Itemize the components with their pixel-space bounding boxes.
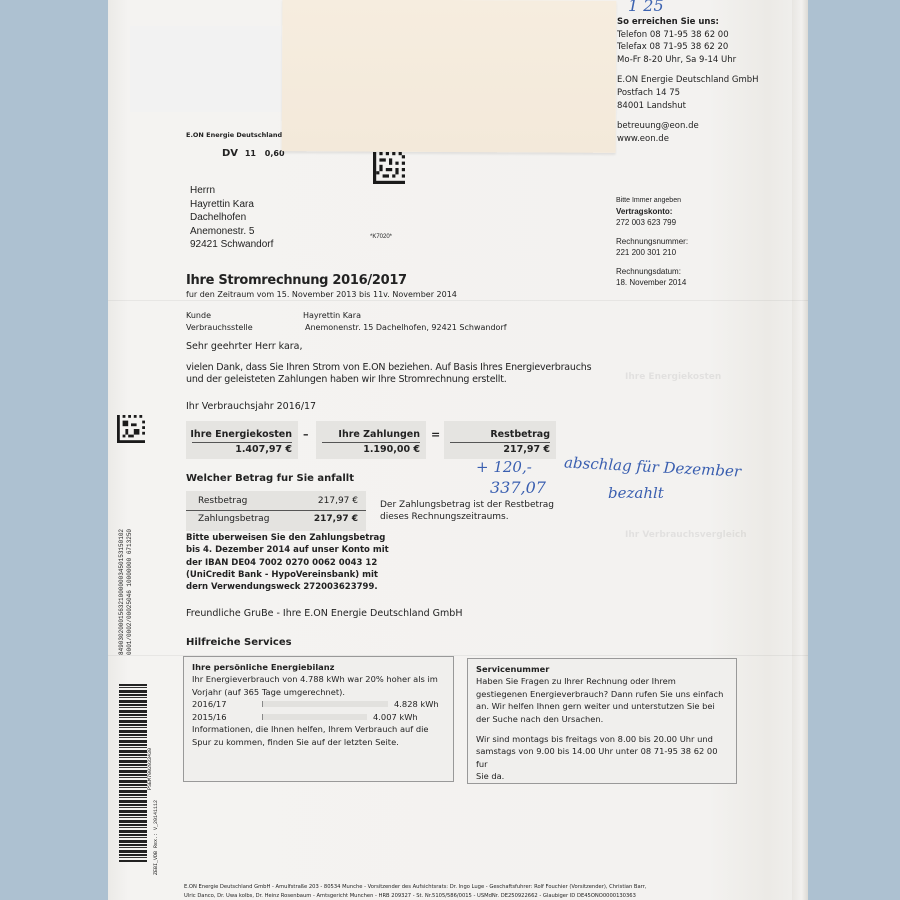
consumption-year: 2016/17 bbox=[192, 698, 226, 710]
rest-label: Restbetrag bbox=[198, 496, 247, 506]
transfer-line: (UniCredit Bank - HypoVereinsbank) mit bbox=[186, 569, 389, 581]
transfer-line: bis 4. Dezember 2014 auf unser Konto mit bbox=[186, 544, 389, 556]
service-text: der Suche nach den Ursachen. bbox=[476, 713, 728, 725]
minus-sign: – bbox=[303, 428, 309, 441]
energy-balance-text: Vorjahr (auf 365 Tage umgerechnet). bbox=[192, 686, 445, 698]
balance-box: Restbetrag 217,97 € bbox=[444, 421, 556, 459]
customer-label: Kunde bbox=[186, 311, 211, 320]
handwritten-plus: + 120,- bbox=[476, 458, 532, 476]
consumption-value: 4.007 kWh bbox=[373, 711, 418, 723]
services-heading: Hilfreiche Services bbox=[186, 637, 292, 648]
form-id: ZEBI_VDB Rex.: V_20141112 bbox=[153, 800, 159, 875]
bleed-through-text: Ihre Energiekosten bbox=[625, 372, 721, 382]
consumption-row: 2015/16 4.007 kWh bbox=[192, 711, 445, 724]
barcode-text: PSEM7002933430 bbox=[147, 748, 153, 790]
payments-box: Ihre Zahlungen 1.190,00 € bbox=[316, 421, 426, 459]
consumption-year-heading: Ihr Verbrauchsjahr 2016/17 bbox=[186, 401, 316, 412]
service-number-title: Servicenummer bbox=[476, 663, 728, 675]
energy-costs-label: Ihre Energiekosten bbox=[190, 429, 292, 440]
bleed-through-text: Ihr Verbrauchsvergleich bbox=[625, 530, 747, 540]
pay-label: Zahlungsbetrag bbox=[198, 514, 269, 524]
balance-label: Restbetrag bbox=[490, 429, 550, 440]
transfer-line: dern Verwendungsweck 272003623799. bbox=[186, 581, 389, 593]
fold-line bbox=[108, 300, 808, 301]
transfer-line: der IBAN DE04 7002 0270 0062 0043 12 bbox=[186, 557, 389, 569]
contact-email[interactable]: betreuung@eon.de bbox=[617, 120, 759, 133]
energy-costs-box: Ihre Energiekosten 1.407,97 € bbox=[186, 421, 298, 459]
bill-title: Ihre Stromrechnung 2016/2017 bbox=[186, 273, 407, 288]
legal-footer: E.ON Energie Deutschland GmbH - Amulfstr… bbox=[184, 883, 784, 900]
contact-postbox: Postfach 14 75 bbox=[617, 87, 759, 100]
energy-costs-value: 1.407,97 € bbox=[235, 444, 292, 455]
payment-note-line: Der Zahlungsbetrag ist der Restbetrag bbox=[380, 499, 554, 511]
pay-value: 217,97 € bbox=[314, 514, 358, 524]
contact-hours: Mo-Fr 8-20 Uhr, Sa 9-14 Uhr bbox=[617, 54, 759, 67]
service-text: samstags von 9.00 bis 14.00 Uhr unter 08… bbox=[476, 745, 728, 770]
contact-heading: So erreichen Sie uns: bbox=[617, 16, 759, 29]
consumption-year: 2015/16 bbox=[192, 711, 226, 723]
invoice-date-label: Rechnungsdatum: bbox=[616, 266, 688, 277]
recipient-street: Anemonestr. 5 bbox=[190, 225, 273, 239]
sender-line: E.ON Energie Deutschland G bbox=[186, 131, 290, 139]
recipient-address: Herrn Hayrettin Kara Dachelhofen Anemone… bbox=[190, 184, 273, 252]
transfer-instructions: Bitte uberweisen Sie den Zahlungsbetrag … bbox=[186, 532, 389, 593]
postage-num: 11 bbox=[245, 149, 256, 158]
footer-line: E.ON Energie Deutschland GmbH - Amulfstr… bbox=[184, 883, 784, 892]
payment-note: Der Zahlungsbetrag ist der Restbetrag di… bbox=[380, 499, 554, 523]
intro-line: und der geleisteten Zahlungen haben wir … bbox=[186, 374, 606, 386]
contact-fax: Telefax 08 71-95 38 62 20 bbox=[617, 41, 759, 54]
invoice-label: Rechnungsnummer: bbox=[616, 236, 688, 247]
payments-value: 1.190,00 € bbox=[363, 444, 420, 455]
redacted-area bbox=[130, 26, 288, 112]
energy-balance-info: Informationen, die Ihnen helfen, Ihrem V… bbox=[192, 723, 445, 735]
contact-web[interactable]: www.eon.de bbox=[617, 133, 759, 146]
payment-note-line: dieses Rechnungszeitraums. bbox=[380, 511, 554, 523]
consumption-value: 4.828 kWh bbox=[394, 698, 439, 710]
service-text: Haben Sie Fragen zu Ihrer Rechnung oder … bbox=[476, 675, 728, 687]
margin-code: 84903020001563210000003450153150102 bbox=[118, 529, 125, 655]
energy-balance-title: Ihre persönliche Energiebilanz bbox=[192, 661, 445, 673]
contact-company: E.ON Energie Deutschland GmbH bbox=[617, 74, 759, 87]
recipient-salutation: Herrn bbox=[190, 184, 273, 198]
service-text: gestiegenen Energieverbrauch? Dann rufen… bbox=[476, 688, 728, 700]
sorting-code: *K7020* bbox=[370, 234, 392, 240]
service-text: Sie da. bbox=[476, 770, 728, 782]
contact-block: So erreichen Sie uns: Telefon 08 71-95 3… bbox=[617, 16, 759, 145]
handwritten-note: bezahlt bbox=[608, 484, 664, 502]
payments-label: Ihre Zahlungen bbox=[338, 429, 420, 440]
contract-number: 272 003 623 799 bbox=[616, 217, 688, 228]
site-label: Verbrauchsstelle bbox=[186, 323, 253, 332]
energy-balance-info: Spur zu kommen, finden Sie auf der letzt… bbox=[192, 736, 445, 748]
consumption-bar bbox=[262, 714, 367, 720]
service-number-box: Servicenummer Haben Sie Fragen zu Ihrer … bbox=[467, 658, 737, 784]
energy-balance-box: Ihre persönliche Energiebilanz Ihr Energ… bbox=[183, 656, 454, 782]
invoice-date: 18. November 2014 bbox=[616, 277, 688, 288]
contact-phone: Telefon 08 71-95 38 62 00 bbox=[617, 29, 759, 42]
customer-info: Kunde Hayrettin Kara Verbrauchsstelle An… bbox=[186, 310, 606, 334]
margin-barcode bbox=[119, 684, 147, 862]
closing: Freundliche GruBe - Ihre E.ON Energie De… bbox=[186, 608, 462, 619]
account-block: Bitte Immer angeben Vertragskonto: 272 0… bbox=[616, 195, 688, 288]
consumption-bar bbox=[262, 701, 388, 707]
payment-box: Restbetrag 217,97 € Zahlungsbetrag 217,9… bbox=[186, 491, 366, 531]
consumption-row: 2016/17 4.828 kWh bbox=[192, 698, 445, 711]
account-note: Bitte Immer angeben bbox=[616, 195, 688, 206]
intro-text: vielen Dank, dass Sie Ihren Strom von E.… bbox=[186, 362, 606, 386]
page-edge bbox=[792, 0, 808, 900]
energy-balance-text: Ihr Energieverbrauch von 4.788 kWh war 2… bbox=[192, 673, 445, 685]
customer-name: Hayrettin Kara bbox=[303, 310, 361, 322]
transfer-line: Bitte uberweisen Sie den Zahlungsbetrag bbox=[186, 532, 389, 544]
footer-line: Ulric Danco, Dr. Uwa kolbs, Dr. Heinz Ro… bbox=[184, 892, 784, 900]
sticky-note-cover bbox=[282, 0, 617, 153]
margin-code: 0001/0002/00025046 10000000 6713250 bbox=[126, 529, 133, 655]
recipient-district: Dachelhofen bbox=[190, 211, 273, 225]
balance-value: 217,97 € bbox=[503, 444, 550, 455]
postage-code: DV bbox=[222, 148, 238, 159]
intro-line: vielen Dank, dass Sie Ihren Strom von E.… bbox=[186, 362, 606, 374]
payment-heading: Welcher Betrag fur Sie anfallt bbox=[186, 473, 354, 484]
bill-period: fur den Zeitraum vom 15. November 2013 b… bbox=[186, 290, 457, 299]
contact-city: 84001 Landshut bbox=[617, 100, 759, 113]
service-text: an. Wir helfen Ihnen gern weiter und unt… bbox=[476, 700, 728, 712]
postage-line: DV 11 0,60 bbox=[222, 148, 285, 159]
site-address: Anemonenstr. 15 Dachelhofen, 92421 Schwa… bbox=[305, 322, 507, 334]
contract-label: Vertragskonto: bbox=[616, 207, 672, 216]
side-datamatrix-code bbox=[117, 415, 145, 443]
handwritten-note-top: 1 25 bbox=[628, 0, 664, 15]
rest-value: 217,97 € bbox=[318, 496, 358, 506]
service-text: Wir sind montags bis freitags von 8.00 b… bbox=[476, 733, 728, 745]
datamatrix-code bbox=[372, 152, 406, 184]
recipient-city: 92421 Schwandorf bbox=[190, 238, 273, 252]
invoice-number: 221 200 301 210 bbox=[616, 247, 688, 258]
greeting: Sehr geehrter Herr kara, bbox=[186, 341, 303, 352]
equals-sign: = bbox=[431, 428, 440, 441]
recipient-name: Hayrettin Kara bbox=[190, 198, 273, 212]
handwritten-total: 337,07 bbox=[490, 478, 546, 497]
